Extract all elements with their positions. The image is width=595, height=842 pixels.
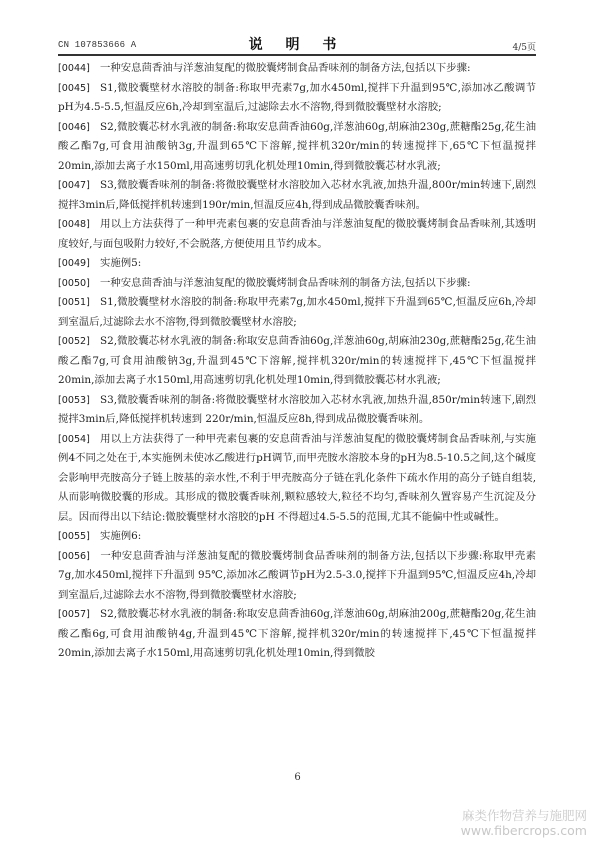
paragraph-text: S2,微胶囊芯材水乳液的制备:称取安息茴香油60g,洋葱油60g,胡麻油230g… <box>58 335 536 386</box>
paragraph-0050: [0050]一种安息茴香油与洋葱油复配的微胶囊烤制食品香味剂的制备方法,包括以下… <box>58 274 536 294</box>
paragraph-0052: [0052]S2,微胶囊芯材水乳液的制备:称取安息茴香油60g,洋葱油60g,胡… <box>58 332 536 391</box>
paragraph-text: 一种安息茴香油与洋葱油复配的微胶囊烤制食品香味剂的制备方法,包括以下步骤: <box>100 62 470 74</box>
paragraph-number: [0044] <box>58 59 100 79</box>
paragraph-0049: [0049]实施例5: <box>58 254 536 274</box>
paragraph-number: [0049] <box>58 254 100 274</box>
paragraph-text: 用以上方法获得了一种甲壳素包裹的安息茴香油与洋葱油复配的微胶囊烤制食品香味剂,其… <box>58 218 536 250</box>
paragraph-0046: [0046]S2,微胶囊芯材水乳液的制备:称取安息茴香油60g,洋葱油60g,胡… <box>58 118 536 177</box>
paragraph-number: [0054] <box>58 430 100 450</box>
paragraph-text: 实施例6: <box>100 530 141 542</box>
paragraph-text: S3,微胶囊香味剂的制备:将微胶囊壁材水溶胶加入芯材水乳液,加热升温,800r/… <box>58 179 536 211</box>
paragraph-number: [0056] <box>58 547 100 567</box>
paragraph-text: S2,微胶囊芯材水乳液的制备:称取安息茴香油60g,洋葱油60g,胡麻油230g… <box>58 121 536 172</box>
paragraph-0044: [0044]一种安息茴香油与洋葱油复配的微胶囊烤制食品香味剂的制备方法,包括以下… <box>58 59 536 79</box>
paragraph-number: [0057] <box>58 605 100 625</box>
paragraph-text: S3,微胶囊香味剂的制备:将微胶囊壁材水溶胶加入芯材水乳液,加热升温,850r/… <box>58 394 536 426</box>
paragraph-text: S1,微胶囊壁材水溶胶的制备:称取甲壳素7g,加水450ml,搅拌下升温到95℃… <box>58 82 536 114</box>
paragraph-0047: [0047]S3,微胶囊香味剂的制备:将微胶囊壁材水溶胶加入芯材水乳液,加热升温… <box>58 176 536 215</box>
paragraph-text: 实施例5: <box>100 257 141 269</box>
paragraph-number: [0045] <box>58 79 100 99</box>
paragraph-number: [0048] <box>58 215 100 235</box>
paragraph-text: 一种安息茴香油与洋葱油复配的微胶囊烤制食品香味剂的制备方法,包括以下步骤:称取甲… <box>58 550 536 601</box>
paragraph-0051: [0051]S1,微胶囊壁材水溶胶的制备:称取甲壳素7g,加水450ml,搅拌下… <box>58 293 536 332</box>
page-number: 6 <box>0 772 595 783</box>
paragraph-0057: [0057]S2,微胶囊芯材水乳液的制备:称取安息茴香油60g,洋葱油60g,胡… <box>58 605 536 664</box>
paragraph-text: 一种安息茴香油与洋葱油复配的微胶囊烤制食品香味剂的制备方法,包括以下步骤: <box>100 277 470 289</box>
watermark: 麻类作物营养与施肥网 www.fibercrops.com <box>461 808 587 838</box>
paragraph-number: [0050] <box>58 274 100 294</box>
paragraph-number: [0055] <box>58 527 100 547</box>
paragraph-text: S1,微胶囊壁材水溶胶的制备:称取甲壳素7g,加水450ml,搅拌下升温到65℃… <box>58 296 536 328</box>
watermark-site-name: 麻类作物营养与施肥网 <box>461 808 587 823</box>
paragraph-text: 用以上方法获得了一种甲壳素包裹的安息茴香油与洋葱油复配的微胶囊烤制食品香味剂,与… <box>58 433 536 523</box>
document-body: [0044]一种安息茴香油与洋葱油复配的微胶囊烤制食品香味剂的制备方法,包括以下… <box>58 59 536 664</box>
paragraph-text: S2,微胶囊芯材水乳液的制备:称取安息茴香油60g,洋葱油60g,胡麻油200g… <box>58 608 536 659</box>
page-header: CN 107853666 A 说 明 书 4/5页 <box>58 34 536 54</box>
header-rule <box>58 54 536 56</box>
paragraph-0054: [0054]用以上方法获得了一种甲壳素包裹的安息茴香油与洋葱油复配的微胶囊烤制食… <box>58 430 536 528</box>
page-indicator: 4/5页 <box>513 40 537 53</box>
paragraph-number: [0047] <box>58 176 100 196</box>
paragraph-0056: [0056]一种安息茴香油与洋葱油复配的微胶囊烤制食品香味剂的制备方法,包括以下… <box>58 547 536 606</box>
watermark-url: www.fibercrops.com <box>461 823 587 838</box>
paragraph-number: [0051] <box>58 293 100 313</box>
paragraph-number: [0046] <box>58 118 100 138</box>
paragraph-number: [0052] <box>58 332 100 352</box>
paragraph-number: [0053] <box>58 391 100 411</box>
paragraph-0045: [0045]S1,微胶囊壁材水溶胶的制备:称取甲壳素7g,加水450ml,搅拌下… <box>58 79 536 118</box>
paragraph-0053: [0053]S3,微胶囊香味剂的制备:将微胶囊壁材水溶胶加入芯材水乳液,加热升温… <box>58 391 536 430</box>
paragraph-0048: [0048]用以上方法获得了一种甲壳素包裹的安息茴香油与洋葱油复配的微胶囊烤制食… <box>58 215 536 254</box>
document-title: 说 明 书 <box>58 34 536 54</box>
paragraph-0055: [0055]实施例6: <box>58 527 536 547</box>
